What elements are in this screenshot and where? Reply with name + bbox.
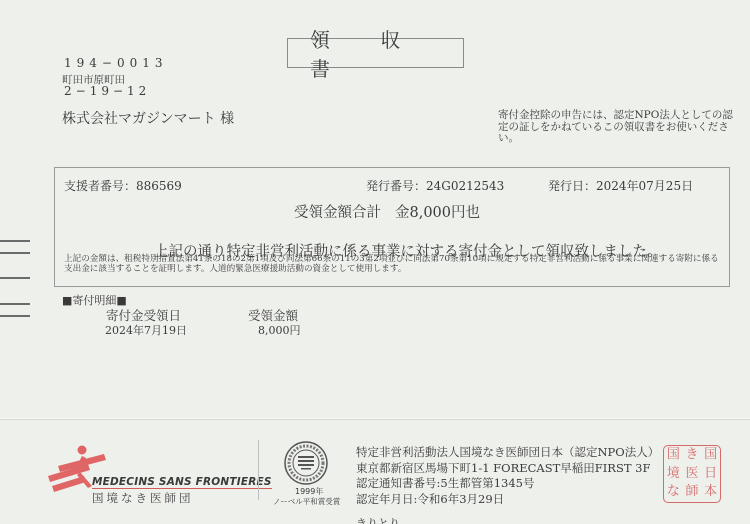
nobel-seal-icon (283, 440, 329, 486)
stamp-char: 日 (701, 465, 720, 484)
stamp-char: 境 (664, 465, 683, 484)
side-mark (0, 303, 30, 305)
detail-amount: 8,000円 (258, 322, 301, 338)
title-box: 領 収 書 (287, 38, 464, 68)
org-certification-date: 認定年月日:令和6年3月29日 (356, 492, 659, 508)
tax-deduction-notice: 寄付金控除の申告には、認定NPO法人としての認定の証しをかねているこの領収書をお… (498, 110, 738, 145)
total-label: 受領金額合計 (294, 205, 381, 221)
organization-seal-stamp: 国 き 国 境 医 日 な 師 本 (663, 445, 721, 503)
side-mark (0, 315, 30, 317)
side-mark (0, 252, 30, 254)
organization-info: 特定非営利活動法人国境なき医師団日本（認定NPO法人） 東京都新宿区馬場下町1-… (356, 445, 659, 507)
postal-code: 194−0013 (64, 56, 168, 70)
total-amount: 金8,000円也 (395, 205, 480, 221)
side-mark (0, 277, 30, 279)
org-address: 東京都新宿区馬場下町1-1 FORECAST早稲田FIRST 3F (356, 461, 659, 477)
stamp-char: 師 (683, 483, 702, 502)
recipient-name: 株式会社マガジンマート 様 (62, 108, 234, 128)
msf-logo-text: MEDECINS SANS FRONTIERES (92, 476, 272, 489)
detail-date: 2024年7月19日 (105, 322, 187, 338)
stamp-char: き (683, 446, 702, 465)
nobel-label: ノーベル平和賞受賞 (273, 496, 340, 507)
stamp-char: 本 (701, 483, 720, 502)
org-name: 特定非営利活動法人国境なき医師団日本（認定NPO法人） (356, 445, 659, 461)
issue-date: 発行日：2024年07月25日 (548, 177, 693, 194)
total-amount-row: 受領金額合計金8,000円也 (294, 201, 480, 222)
document-title: 領 収 書 (310, 24, 463, 82)
msf-logo-japanese: 国境なき医師団 (92, 490, 194, 506)
fold-line (0, 418, 750, 419)
stamp-char: 国 (664, 446, 683, 465)
address-block: 2−19−12 (64, 84, 150, 98)
footer-divider (258, 440, 259, 500)
legal-note: 上記の金額は、租税特別措置法第41条の18の2第1項及び同法第66条の11の3第… (64, 254, 724, 274)
stamp-char: な (664, 483, 683, 502)
stamp-char: 医 (683, 465, 702, 484)
cut-here-label: きりとり (356, 515, 400, 524)
supporter-number: 支援者番号：886569 (64, 177, 182, 194)
issue-number: 発行番号：24G0212543 (366, 177, 504, 194)
side-mark (0, 240, 30, 242)
stamp-char: 国 (701, 446, 720, 465)
org-certification-number: 認定通知書番号:5生都管第1345号 (356, 476, 659, 492)
